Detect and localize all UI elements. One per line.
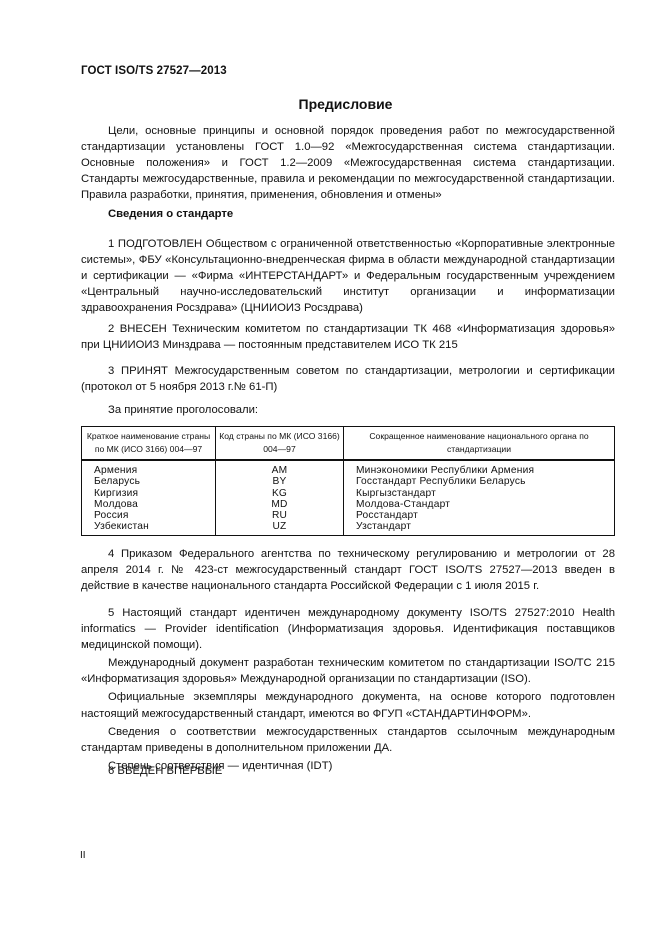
country-name: Россия: [82, 510, 216, 521]
item-1-text: 1 ПОДГОТОВЛЕН Обществом с ограниченной о…: [81, 236, 615, 316]
item-5-paragraph-4: Сведения о соответствии межгосударственн…: [81, 724, 615, 756]
header-standards-body: Сокращенное наименование национального о…: [344, 427, 615, 461]
page-title: Предисловие: [0, 96, 661, 112]
voters-table: Краткое наименование страны по МК (ИСО 3…: [81, 426, 615, 536]
item-2-text: 2 ВНЕСЕН Техническим комитетом по станда…: [81, 321, 615, 353]
standards-body: Минэкономики Республики Армения: [344, 460, 615, 476]
country-name: Узбекистан: [82, 521, 216, 535]
document-code: ГОСТ ISO/TS 27527—2013: [81, 65, 227, 77]
standards-body: Молдова-Стандарт: [344, 499, 615, 510]
country-name: Беларусь: [82, 476, 216, 487]
country-code: KG: [216, 488, 344, 499]
country-name: Молдова: [82, 499, 216, 510]
table-row: Армения AM Минэкономики Республики Армен…: [82, 460, 615, 476]
section-heading: Сведения о стандарте: [108, 208, 233, 220]
standards-body: Госстандарт Республики Беларусь: [344, 476, 615, 487]
item-6-text: 6 ВВЕДЕН ВПЕРВЫЕ: [81, 763, 615, 779]
item-5-paragraph-3: Официальные экземпляры международного до…: [81, 689, 615, 721]
country-code: AM: [216, 460, 344, 476]
country-code: MD: [216, 499, 344, 510]
item-3-text: 3 ПРИНЯТ Межгосударственным советом по с…: [81, 363, 615, 395]
table-row: Молдова MD Молдова-Стандарт: [82, 499, 615, 510]
item-5-paragraph-2: Международный документ разработан технич…: [81, 655, 615, 687]
item-5-text: 5 Настоящий стандарт идентичен междунаро…: [81, 605, 615, 653]
standards-body: Узстандарт: [344, 521, 615, 535]
item-1: 1 ПОДГОТОВЛЕН Обществом с ограниченной о…: [81, 236, 615, 316]
table-row: Узбекистан UZ Узстандарт: [82, 521, 615, 535]
item-4: 4 Приказом Федерального агентства по тех…: [81, 546, 615, 594]
item-2: 2 ВНЕСЕН Техническим комитетом по станда…: [81, 321, 615, 353]
country-code: BY: [216, 476, 344, 487]
page-number: II: [80, 850, 86, 861]
item-6: 6 ВВЕДЕН ВПЕРВЫЕ: [81, 763, 615, 779]
table-row: Беларусь BY Госстандарт Республики Белар…: [82, 476, 615, 487]
item-3: 3 ПРИНЯТ Межгосударственным советом по с…: [81, 363, 615, 395]
country-code: UZ: [216, 521, 344, 535]
document-page: ГОСТ ISO/TS 27527—2013 Предисловие Цели,…: [0, 0, 661, 936]
country-code: RU: [216, 510, 344, 521]
standards-body: Росстандарт: [344, 510, 615, 521]
country-name: Киргизия: [82, 488, 216, 499]
item-5: 5 Настоящий стандарт идентичен междунаро…: [81, 605, 615, 774]
table-header-row: Краткое наименование страны по МК (ИСО 3…: [82, 427, 615, 461]
intro-section: Цели, основные принципы и основной поряд…: [81, 123, 615, 203]
table-row: Киргизия KG Кыргызстандарт: [82, 488, 615, 499]
country-name: Армения: [82, 460, 216, 476]
header-country-name: Краткое наименование страны по МК (ИСО 3…: [82, 427, 216, 461]
table-row: Россия RU Росстандарт: [82, 510, 615, 521]
vote-label: За принятие проголосовали:: [108, 404, 258, 416]
item-4-text: 4 Приказом Федерального агентства по тех…: [81, 546, 615, 594]
intro-paragraph: Цели, основные принципы и основной поряд…: [81, 123, 615, 203]
header-country-code: Код страны по МК (ИСО 3166) 004—97: [216, 427, 344, 461]
standards-body: Кыргызстандарт: [344, 488, 615, 499]
